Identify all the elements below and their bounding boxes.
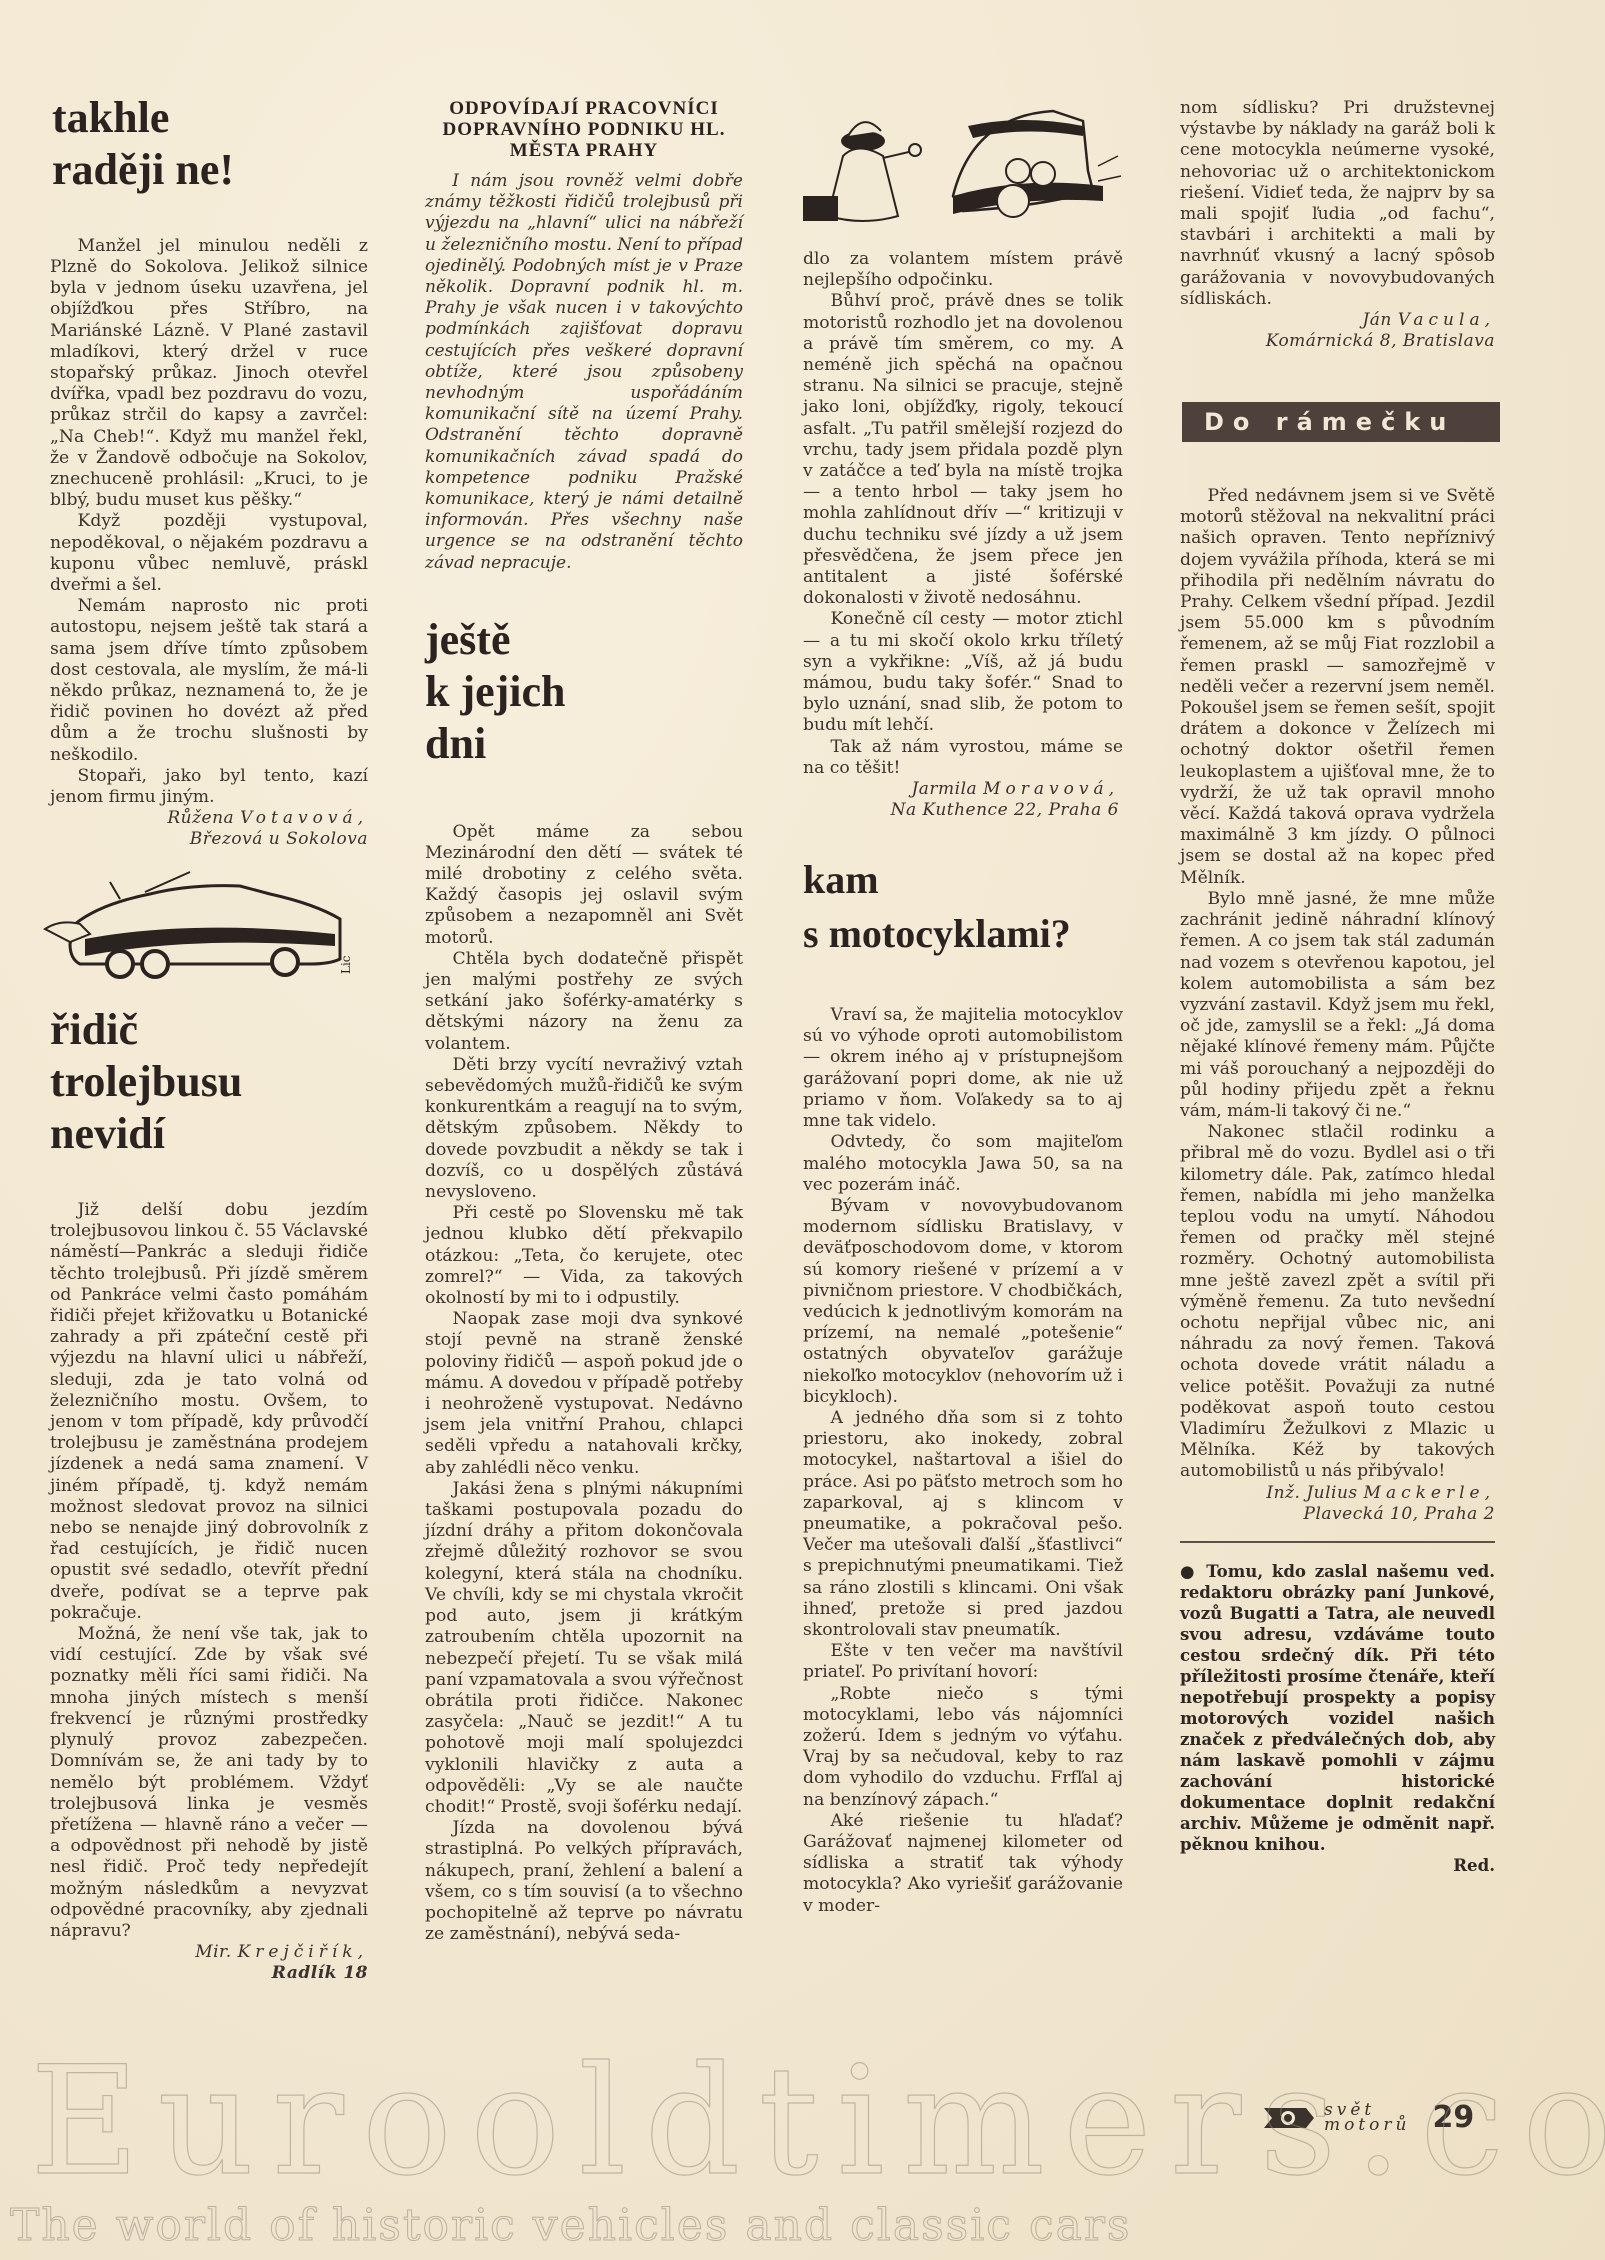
article-children: ještě k jejich dni Opět máme za sebou Me… [425, 614, 743, 1945]
article-title-children: ještě k jejich dni [425, 614, 743, 770]
reply-transport-company: ODPOVÍDAJÍ PRACOVNÍCI DOPRAVNÍHO PODNIKU… [425, 98, 743, 574]
signature: Jarmila Moravová, Na Kuthence 22, Praha … [803, 779, 1123, 821]
article-body: Již delší dobu jezdím trolejbusovou link… [50, 1200, 368, 1942]
reply-body: I nám jsou rovněž velmi dobře známy těžk… [425, 171, 743, 574]
editor-note: ● Tomu, kdo zaslal našemu ved. redaktoru… [1180, 1561, 1495, 1876]
article-body: Před nedávnem jsem si ve Světě motorů st… [1180, 486, 1495, 1483]
watermark-logo: Eurooldtimers.com [30, 2035, 1605, 2209]
article-children-continuation: dlo za volantem místem právě nejlepšího … [803, 249, 1123, 779]
article-body: Opět máme za sebou Mezinárodní den dětí … [425, 822, 743, 1946]
box-article-title: Do rámečku [1182, 402, 1500, 442]
signature: Ján Vacula, Komárnická 8, Bratislava [1180, 310, 1495, 352]
trolleybus-cartoon-icon: Lic [40, 864, 370, 984]
woman-and-car-cartoon-icon [803, 96, 1123, 241]
article-body: Manžel jel minulou neděli z Plzně do Sok… [50, 236, 368, 808]
column-1: takhle raději ne! Manžel jel minulou ned… [50, 92, 368, 1984]
article-body: Vraví sa, že majitelia motocyklov sú vo … [803, 1005, 1123, 1917]
article-title-trolleybus: řidič trolejbusu nevidí [50, 1004, 368, 1160]
box-article: Do rámečku Před nedávnem jsem si ve Svět… [1180, 402, 1495, 1525]
article-title-motorcycles: kam s motocyklami? [803, 853, 1123, 961]
reply-heading: ODPOVÍDAJÍ PRACOVNÍCI DOPRAVNÍHO PODNIKU… [425, 98, 743, 161]
bullet-icon: ● [1180, 1561, 1197, 1581]
article-title-hitchhiker: takhle raději ne! [52, 92, 368, 196]
column-2: ODPOVÍDAJÍ PRACOVNÍCI DOPRAVNÍHO PODNIKU… [425, 98, 743, 1945]
signature: Mir. Krejčiřík, Radlík 18 [50, 1942, 368, 1984]
article-motorcycles: kam s motocyklami? Vraví sa, že majiteli… [803, 853, 1123, 1917]
signature: Inž. Julius Mackerle, Plavecká 10, Praha… [1180, 1483, 1495, 1525]
article-hitchhiker: takhle raději ne! Manžel jel minulou ned… [50, 92, 368, 850]
signature: Růžena Votavová, Březová u Sokolova [50, 808, 368, 850]
editor-signature: Red. [1180, 1855, 1495, 1876]
column-3: dlo za volantem místem právě nejlepšího … [803, 96, 1123, 1917]
column-4: nom sídlisku? Pri družstevnej výstavbe b… [1180, 98, 1495, 1876]
article-trolleybus: řidič trolejbusu nevidí Již delší dobu j… [50, 1004, 368, 1984]
watermark-tagline: The world of historic vehicles and class… [10, 2200, 1131, 2251]
svg-text:Lic: Lic [339, 955, 353, 974]
article-motorcycles-continuation: nom sídlisku? Pri družstevnej výstavbe b… [1180, 98, 1495, 310]
divider [1180, 1541, 1495, 1543]
